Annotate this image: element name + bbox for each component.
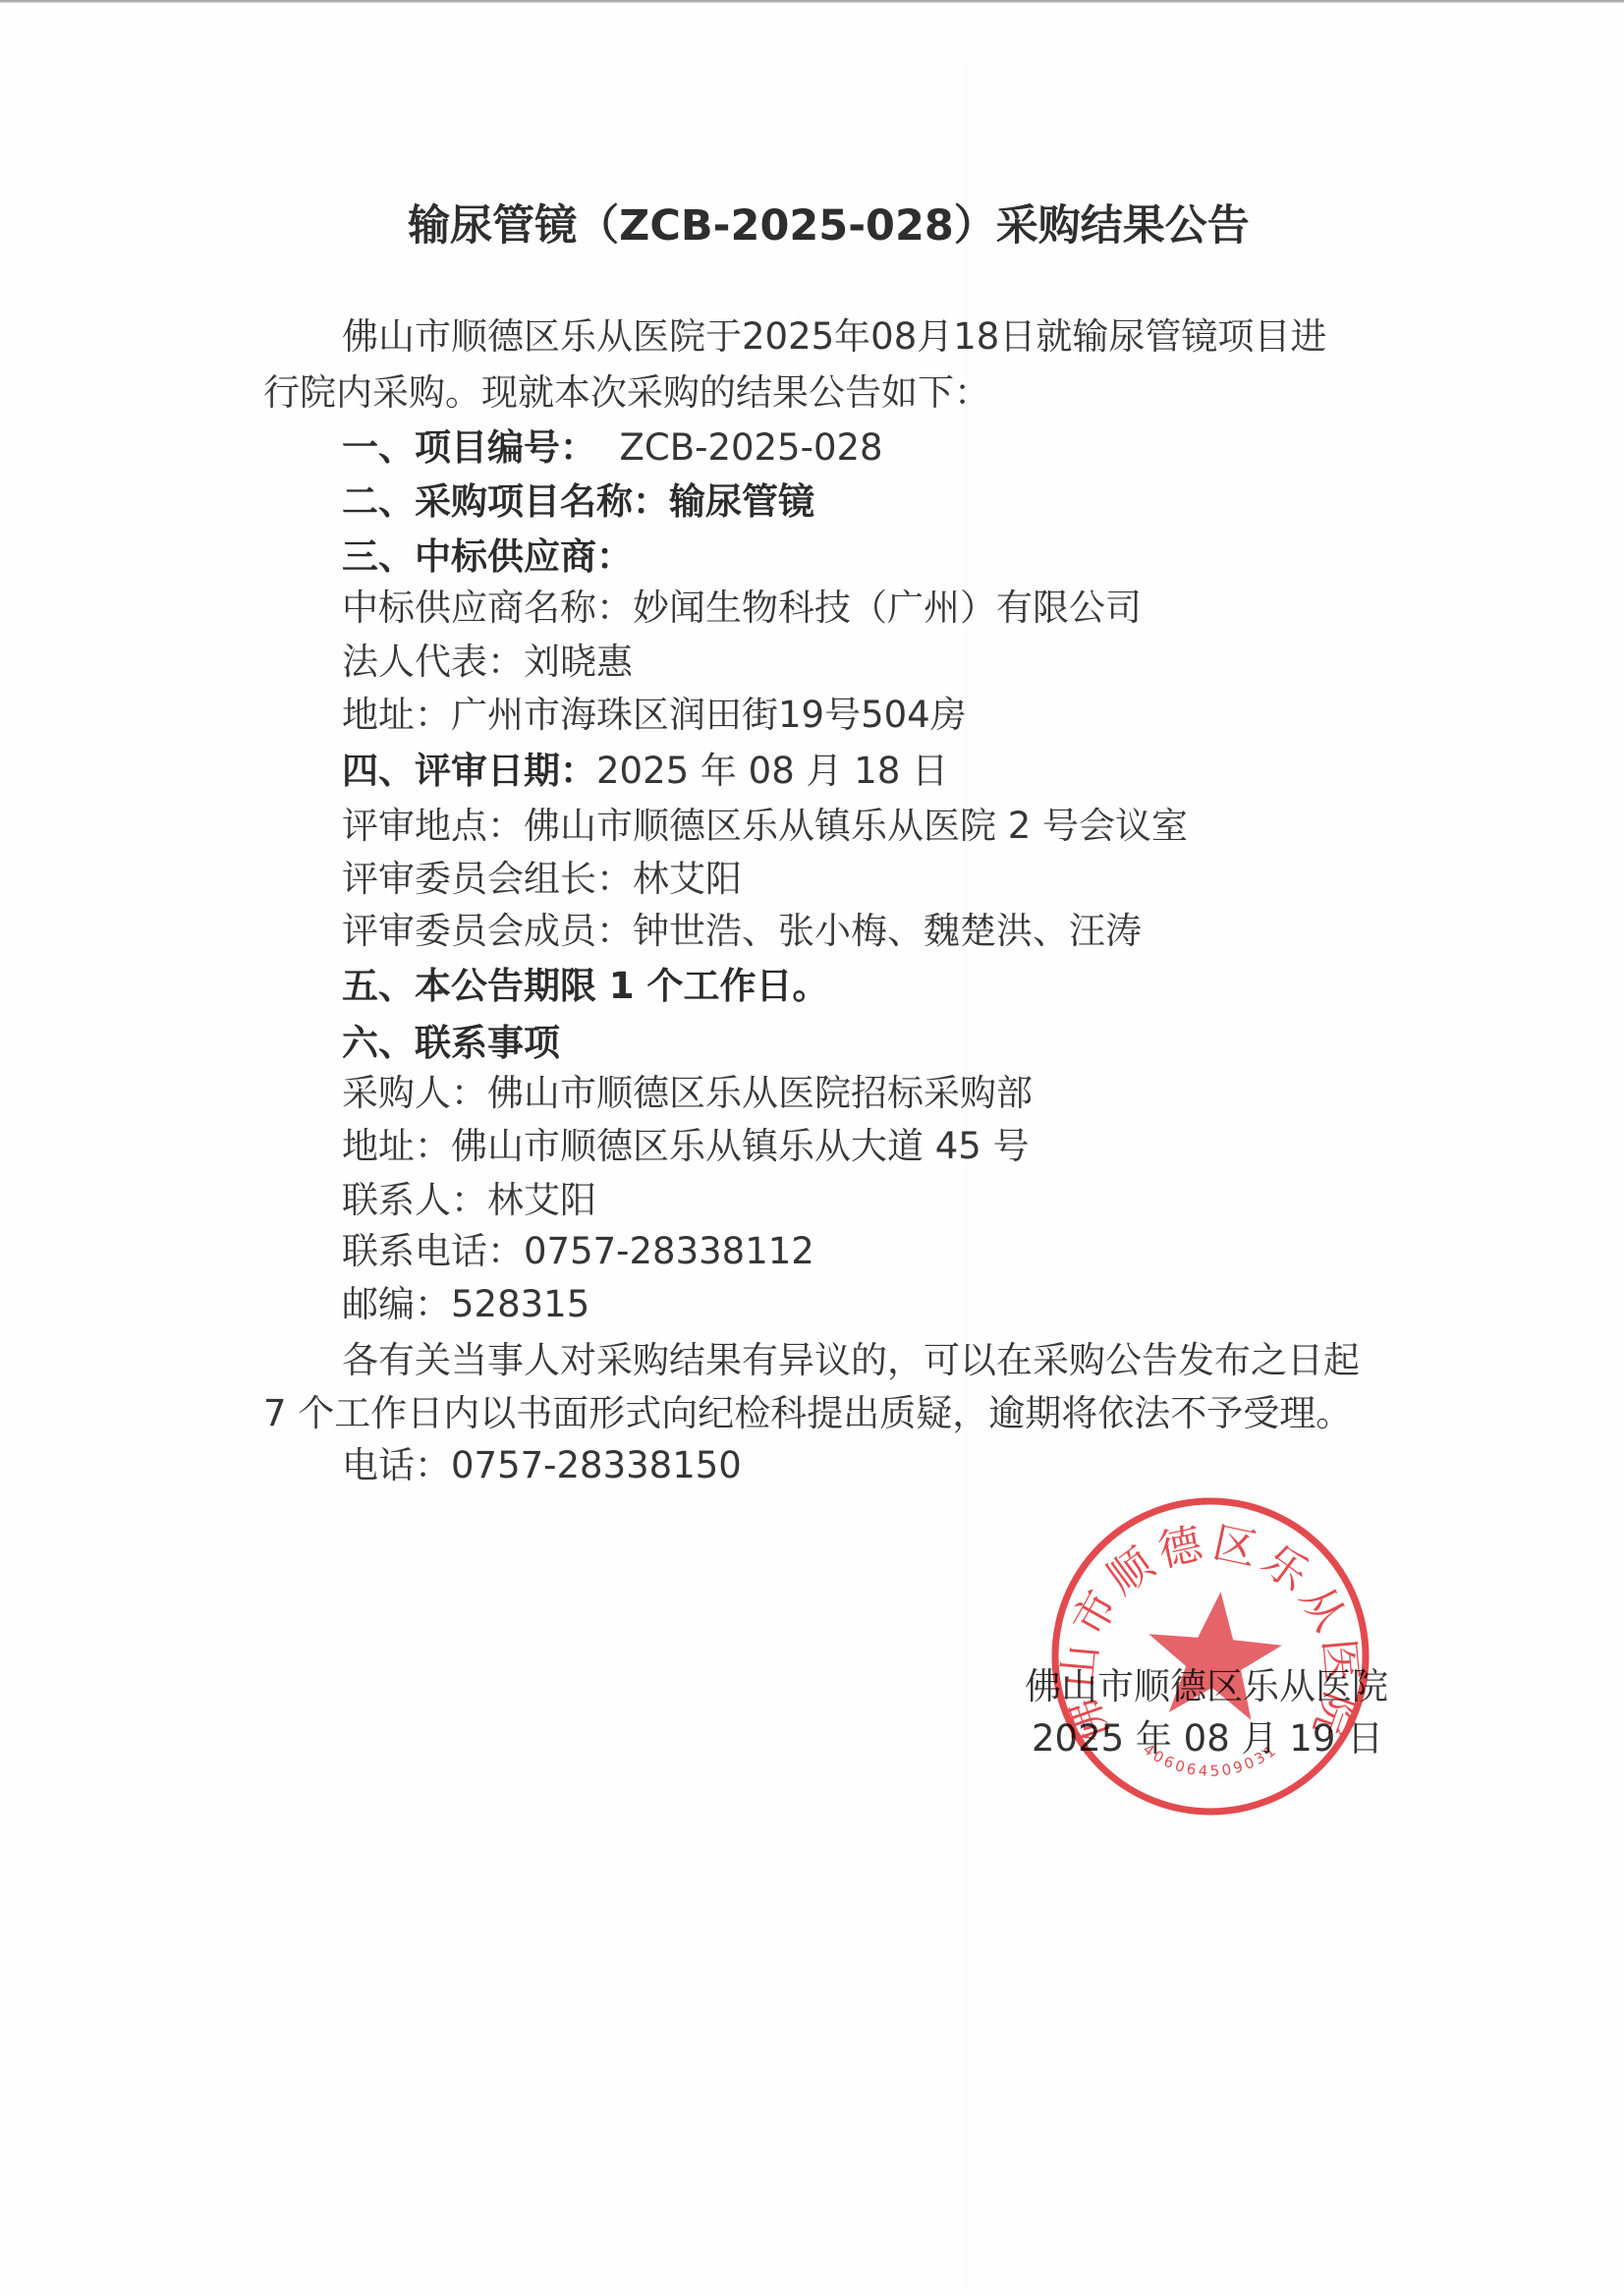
intro-line-2: 行院内采购。现就本次采购的结果公告如下： bbox=[263, 366, 990, 420]
section-review-date: 四、评审日期：2025 年 08 月 18 日 bbox=[342, 745, 948, 798]
supplier-address: 地址：广州市海珠区润田街19号504房 bbox=[342, 689, 967, 742]
official-seal-stamp: 佛山市顺德区乐从医院 406064509031 bbox=[1047, 1493, 1373, 1819]
review-date-value: 2025 年 08 月 18 日 bbox=[596, 750, 948, 792]
objection-line-2: 7 个工作日内以书面形式向纪检科提出质疑，逾期将依法不予受理。 bbox=[263, 1387, 1352, 1440]
project-name-value: 输尿管镜 bbox=[669, 480, 814, 523]
section-label: 一、项目编号： bbox=[342, 426, 596, 469]
review-committee-members: 评审委员会成员：钟世浩、张小梅、魏楚洪、汪涛 bbox=[342, 905, 1142, 958]
document-title: 输尿管镜（ZCB-2025-028）采购结果公告 bbox=[0, 199, 1624, 252]
contact-phone: 联系电话：0757-28338112 bbox=[342, 1225, 814, 1278]
contact-address: 地址：佛山市顺德区乐从镇乐从大道 45 号 bbox=[342, 1120, 1030, 1173]
contact-purchaser: 采购人：佛山市顺德区乐从医院招标采购部 bbox=[342, 1067, 1033, 1120]
review-committee-leader: 评审委员会组长：林艾阳 bbox=[342, 853, 742, 906]
section-announcement-period: 五、本公告期限 1 个工作日。 bbox=[342, 960, 829, 1013]
seal-serial: 406064509031 bbox=[1140, 1740, 1281, 1780]
section-label: 四、评审日期： bbox=[342, 750, 596, 792]
contact-person: 联系人：林艾阳 bbox=[342, 1174, 596, 1227]
project-number-value: ZCB-2025-028 bbox=[596, 426, 883, 469]
section-contact: 六、联系事项 bbox=[342, 1017, 560, 1070]
review-location: 评审地点：佛山市顺德区乐从镇乐从医院 2 号会议室 bbox=[342, 800, 1188, 853]
contact-postcode: 邮编：528315 bbox=[342, 1278, 589, 1331]
section-project-name: 二、采购项目名称：输尿管镜 bbox=[342, 476, 814, 529]
supplier-name: 中标供应商名称：妙闻生物科技（广州）有限公司 bbox=[342, 582, 1142, 635]
objection-line-1: 各有关当事人对采购结果有异议的，可以在采购公告发布之日起 bbox=[342, 1334, 1360, 1387]
document-page: 输尿管镜（ZCB-2025-028）采购结果公告 佛山市顺德区乐从医院于2025… bbox=[0, 0, 1624, 2295]
seal-star-icon bbox=[1144, 1587, 1286, 1721]
section-winning-supplier: 三、中标供应商： bbox=[342, 531, 633, 584]
section-label: 二、采购项目名称： bbox=[342, 480, 669, 523]
scan-top-edge bbox=[0, 0, 1624, 3]
objection-phone: 电话：0757-28338150 bbox=[342, 1439, 742, 1492]
supplier-legal-rep: 法人代表：刘晓惠 bbox=[342, 636, 633, 689]
intro-line-1: 佛山市顺德区乐从医院于2025年08月18日就输尿管镜项目进 bbox=[342, 310, 1326, 364]
section-project-number: 一、项目编号： ZCB-2025-028 bbox=[342, 421, 883, 475]
